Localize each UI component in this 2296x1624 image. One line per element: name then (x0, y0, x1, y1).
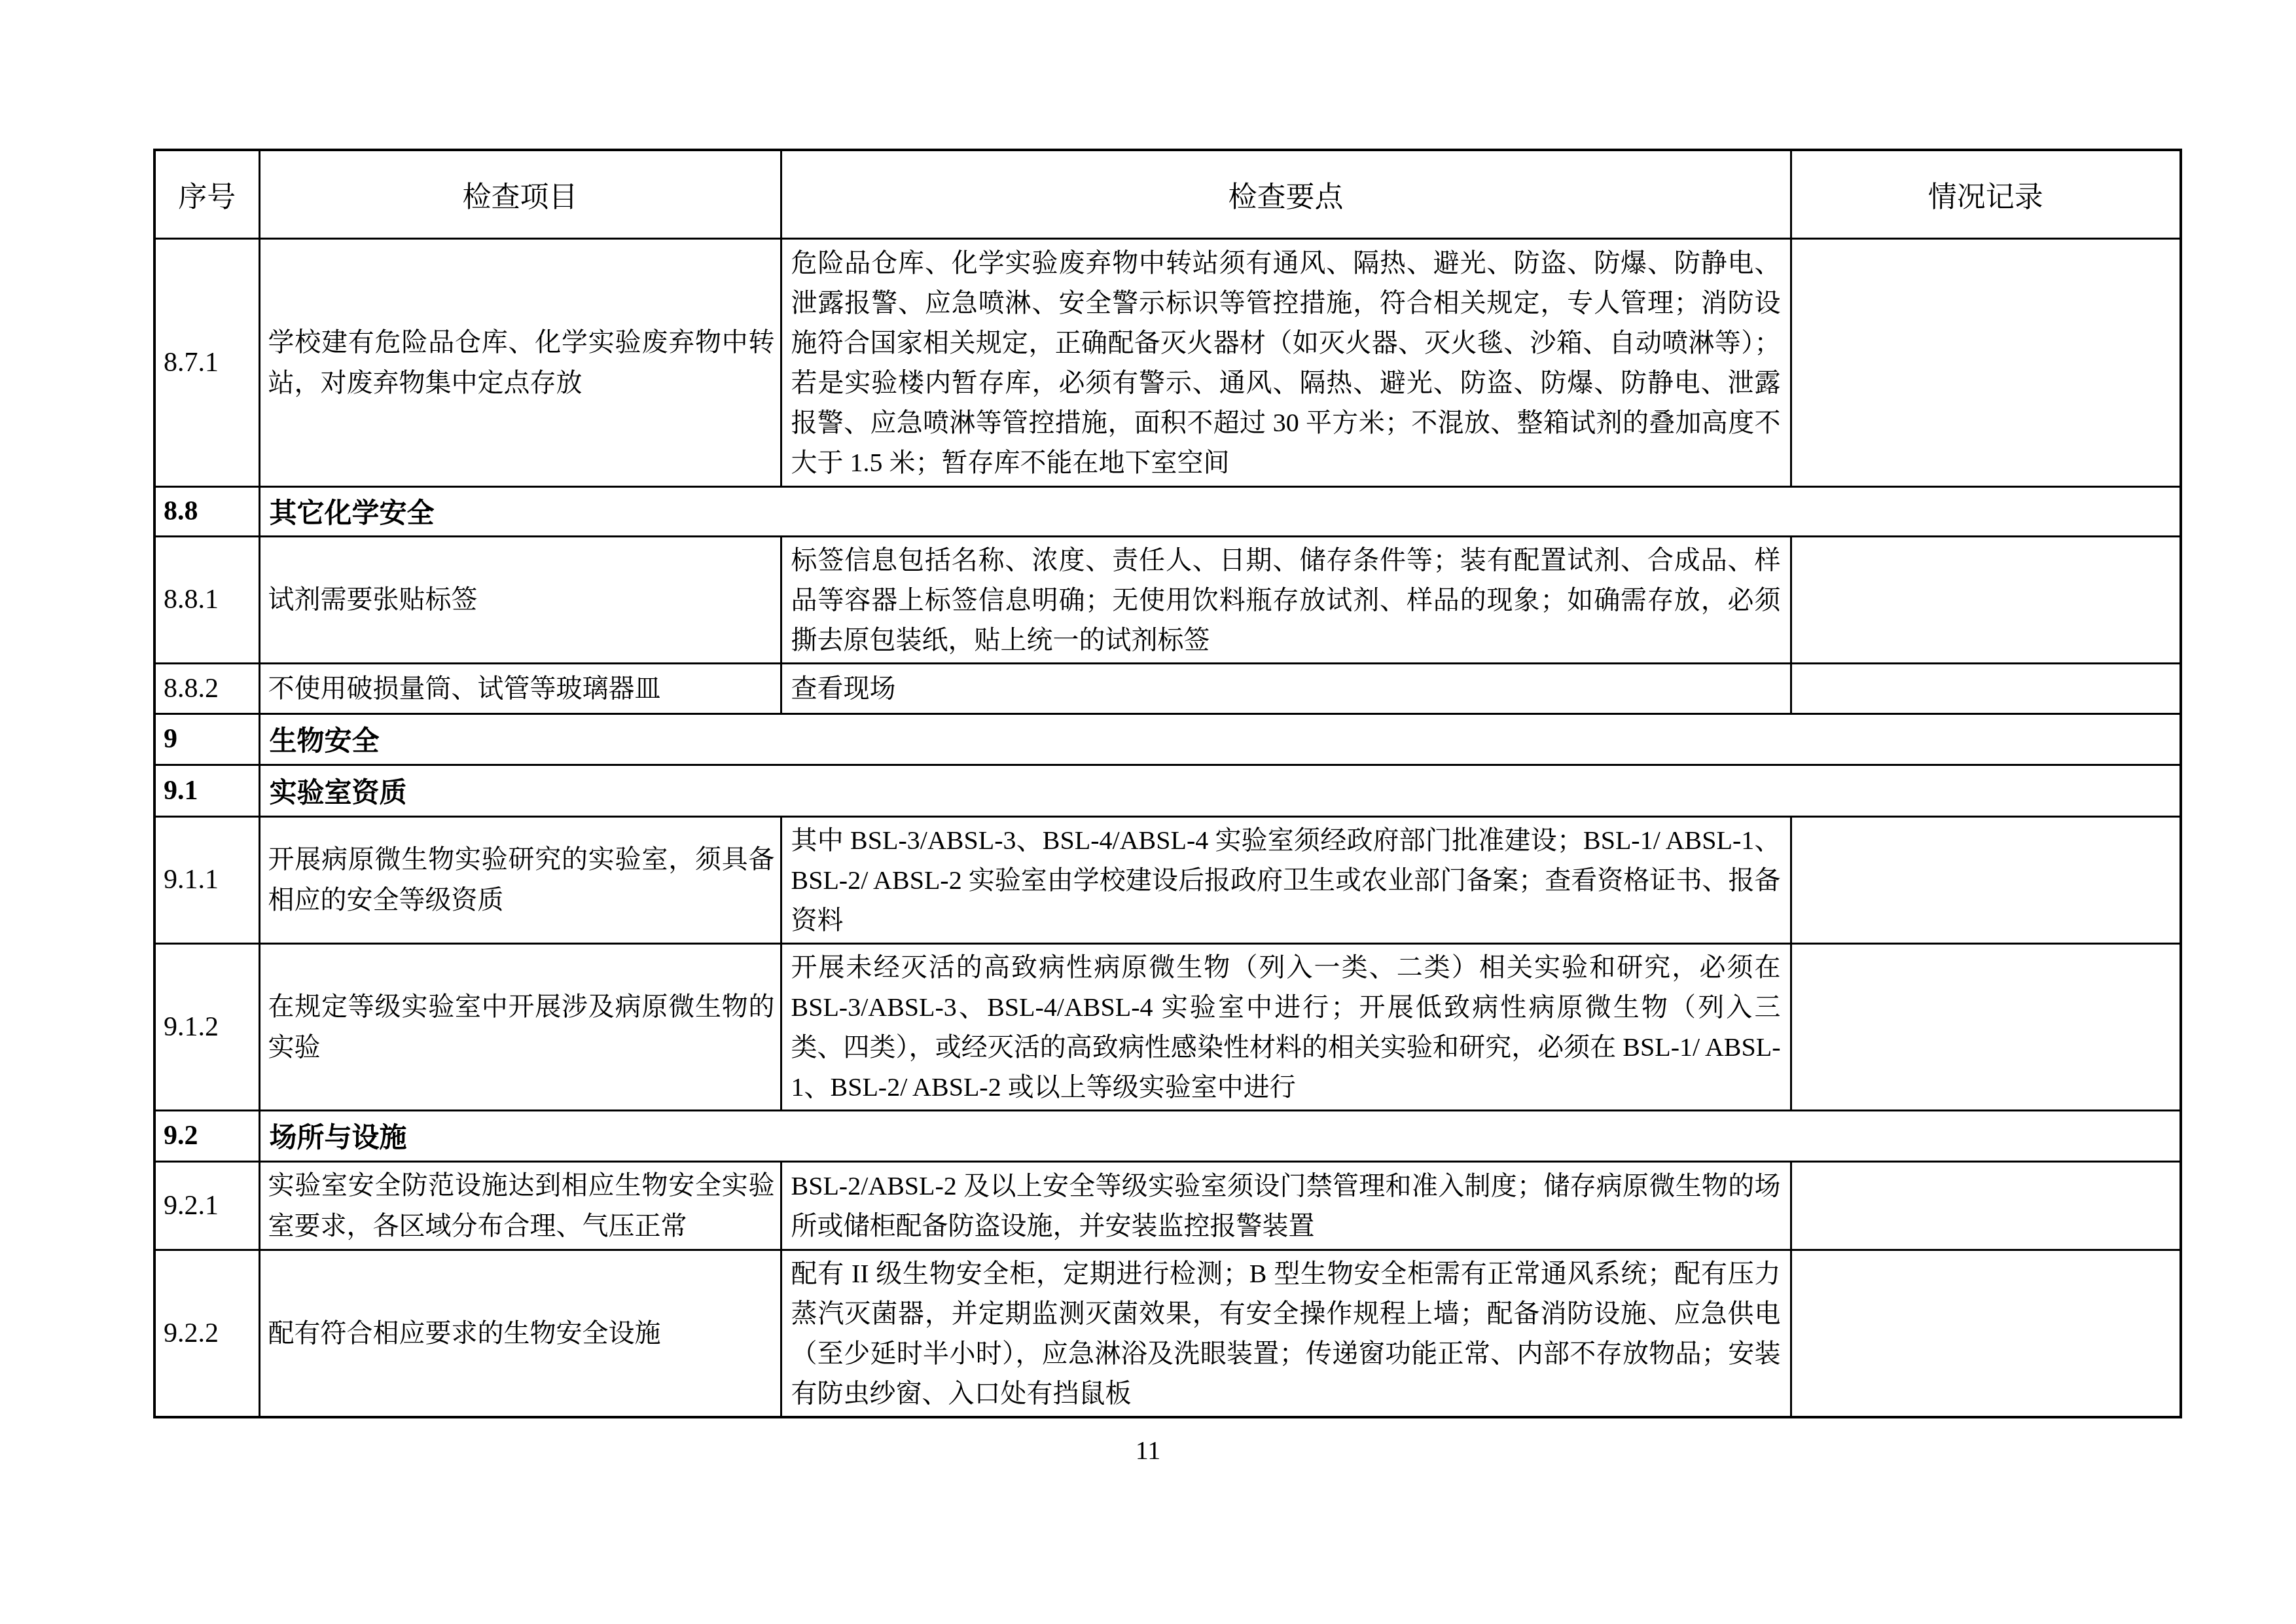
section-row: 8.8其它化学安全 (154, 486, 2181, 536)
section-row: 9.2场所与设施 (154, 1110, 2181, 1161)
inspection-table: 序号检查项目检查要点情况记录 8.7.1学校建有危险品仓库、化学实验废弃物中转站… (153, 149, 2182, 1418)
inspection-points: 危险品仓库、化学实验废弃物中转站须有通风、隔热、避光、防盗、防爆、防静电、泄露报… (781, 238, 1791, 486)
record-cell (1791, 816, 2181, 943)
inspection-item: 不使用破损量筒、试管等玻璃器皿 (259, 663, 781, 713)
inspection-points: 其中 BSL-3/ABSL-3、BSL-4/ABSL-4 实验室须经政府部门批准… (781, 816, 1791, 943)
section-title: 生物安全 (259, 713, 2181, 765)
table-row: 8.8.2不使用破损量筒、试管等玻璃器皿查看现场 (154, 663, 2181, 713)
section-row: 9生物安全 (154, 713, 2181, 765)
table-header: 序号检查项目检查要点情况记录 (154, 150, 2181, 238)
inspection-points: 配有 II 级生物安全柜，定期进行检测；B 型生物安全柜需有正常通风系统；配有压… (781, 1250, 1791, 1417)
column-header: 检查要点 (781, 150, 1791, 238)
table-row: 8.7.1学校建有危险品仓库、化学实验废弃物中转站，对废弃物集中定点存放危险品仓… (154, 238, 2181, 486)
row-number: 9 (154, 713, 259, 765)
table-body: 8.7.1学校建有危险品仓库、化学实验废弃物中转站，对废弃物集中定点存放危险品仓… (154, 238, 2181, 1417)
page-number: 11 (0, 1435, 2296, 1466)
header-row: 序号检查项目检查要点情况记录 (154, 150, 2181, 238)
row-number: 9.1 (154, 765, 259, 816)
column-header: 序号 (154, 150, 259, 238)
table-row: 9.2.2配有符合相应要求的生物安全设施配有 II 级生物安全柜，定期进行检测；… (154, 1250, 2181, 1417)
column-header: 情况记录 (1791, 150, 2181, 238)
row-number: 8.8.2 (154, 663, 259, 713)
section-title: 场所与设施 (259, 1110, 2181, 1161)
row-number: 9.1.2 (154, 943, 259, 1110)
inspection-points: 开展未经灭活的高致病性病原微生物（列入一类、二类）相关实验和研究，必须在 BSL… (781, 943, 1791, 1110)
section-row: 9.1实验室资质 (154, 765, 2181, 816)
inspection-item: 开展病原微生物实验研究的实验室，须具备相应的安全等级资质 (259, 816, 781, 943)
row-number: 9.2 (154, 1110, 259, 1161)
table-row: 9.1.1开展病原微生物实验研究的实验室，须具备相应的安全等级资质其中 BSL-… (154, 816, 2181, 943)
inspection-points: BSL-2/ABSL-2 及以上安全等级实验室须设门禁管理和准入制度；储存病原微… (781, 1161, 1791, 1250)
inspection-table-wrap: 序号检查项目检查要点情况记录 8.7.1学校建有危险品仓库、化学实验废弃物中转站… (153, 149, 2182, 1418)
row-number: 9.2.1 (154, 1161, 259, 1250)
inspection-item: 学校建有危险品仓库、化学实验废弃物中转站，对废弃物集中定点存放 (259, 238, 781, 486)
table-row: 9.2.1实验室安全防范设施达到相应生物安全实验室要求，各区域分布合理、气压正常… (154, 1161, 2181, 1250)
row-number: 9.1.1 (154, 816, 259, 943)
inspection-item: 试剂需要张贴标签 (259, 536, 781, 663)
record-cell (1791, 1250, 2181, 1417)
column-header: 检查项目 (259, 150, 781, 238)
row-number: 8.8 (154, 486, 259, 536)
row-number: 8.8.1 (154, 536, 259, 663)
section-title: 实验室资质 (259, 765, 2181, 816)
row-number: 9.2.2 (154, 1250, 259, 1417)
row-number: 8.7.1 (154, 238, 259, 486)
record-cell (1791, 536, 2181, 663)
record-cell (1791, 1161, 2181, 1250)
section-title: 其它化学安全 (259, 486, 2181, 536)
record-cell (1791, 663, 2181, 713)
record-cell (1791, 943, 2181, 1110)
table-row: 9.1.2在规定等级实验室中开展涉及病原微生物的实验开展未经灭活的高致病性病原微… (154, 943, 2181, 1110)
record-cell (1791, 238, 2181, 486)
inspection-points: 标签信息包括名称、浓度、责任人、日期、储存条件等；装有配置试剂、合成品、样品等容… (781, 536, 1791, 663)
inspection-item: 在规定等级实验室中开展涉及病原微生物的实验 (259, 943, 781, 1110)
document-page: 序号检查项目检查要点情况记录 8.7.1学校建有危险品仓库、化学实验废弃物中转站… (0, 0, 2296, 1624)
table-row: 8.8.1试剂需要张贴标签标签信息包括名称、浓度、责任人、日期、储存条件等；装有… (154, 536, 2181, 663)
inspection-points: 查看现场 (781, 663, 1791, 713)
inspection-item: 配有符合相应要求的生物安全设施 (259, 1250, 781, 1417)
inspection-item: 实验室安全防范设施达到相应生物安全实验室要求，各区域分布合理、气压正常 (259, 1161, 781, 1250)
